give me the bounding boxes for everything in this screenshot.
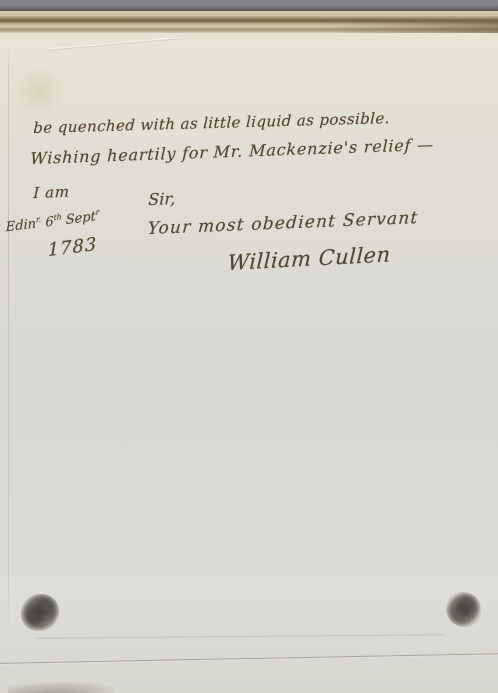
letter-salutation: Sir, xyxy=(148,189,176,209)
letter-year: 1783 xyxy=(48,234,98,261)
dateline-part: Sept xyxy=(62,209,96,228)
letter-i-am: I am xyxy=(33,183,70,202)
bottom-crease xyxy=(0,653,498,664)
letter-dateline: Edinr. 6th Septr xyxy=(6,207,100,235)
dateline-superscript: r xyxy=(96,207,100,217)
letter-body-line-2: Wishing heartily for Mr. Mackenzie's rel… xyxy=(30,135,434,168)
letter-signature: William Cullen xyxy=(227,242,391,275)
letter-body-line-1: be quenched with as little liquid as pos… xyxy=(33,109,390,137)
ink-blot-left xyxy=(21,594,59,631)
paper-stain xyxy=(14,68,64,114)
manuscript-scan: be quenched with as little liquid as pos… xyxy=(0,0,498,693)
letter-closing: Your most obedient Servant xyxy=(147,208,419,239)
paper-scratch xyxy=(46,37,178,50)
letter-page: be quenched with as little liquid as pos… xyxy=(0,33,498,693)
left-fold-line xyxy=(8,40,9,640)
dateline-part: 6 xyxy=(41,214,54,231)
faint-horizontal-line xyxy=(35,634,445,639)
ink-blot-right xyxy=(446,592,481,627)
dateline-part: Edin xyxy=(6,217,36,236)
bottom-left-smudge xyxy=(8,679,114,693)
